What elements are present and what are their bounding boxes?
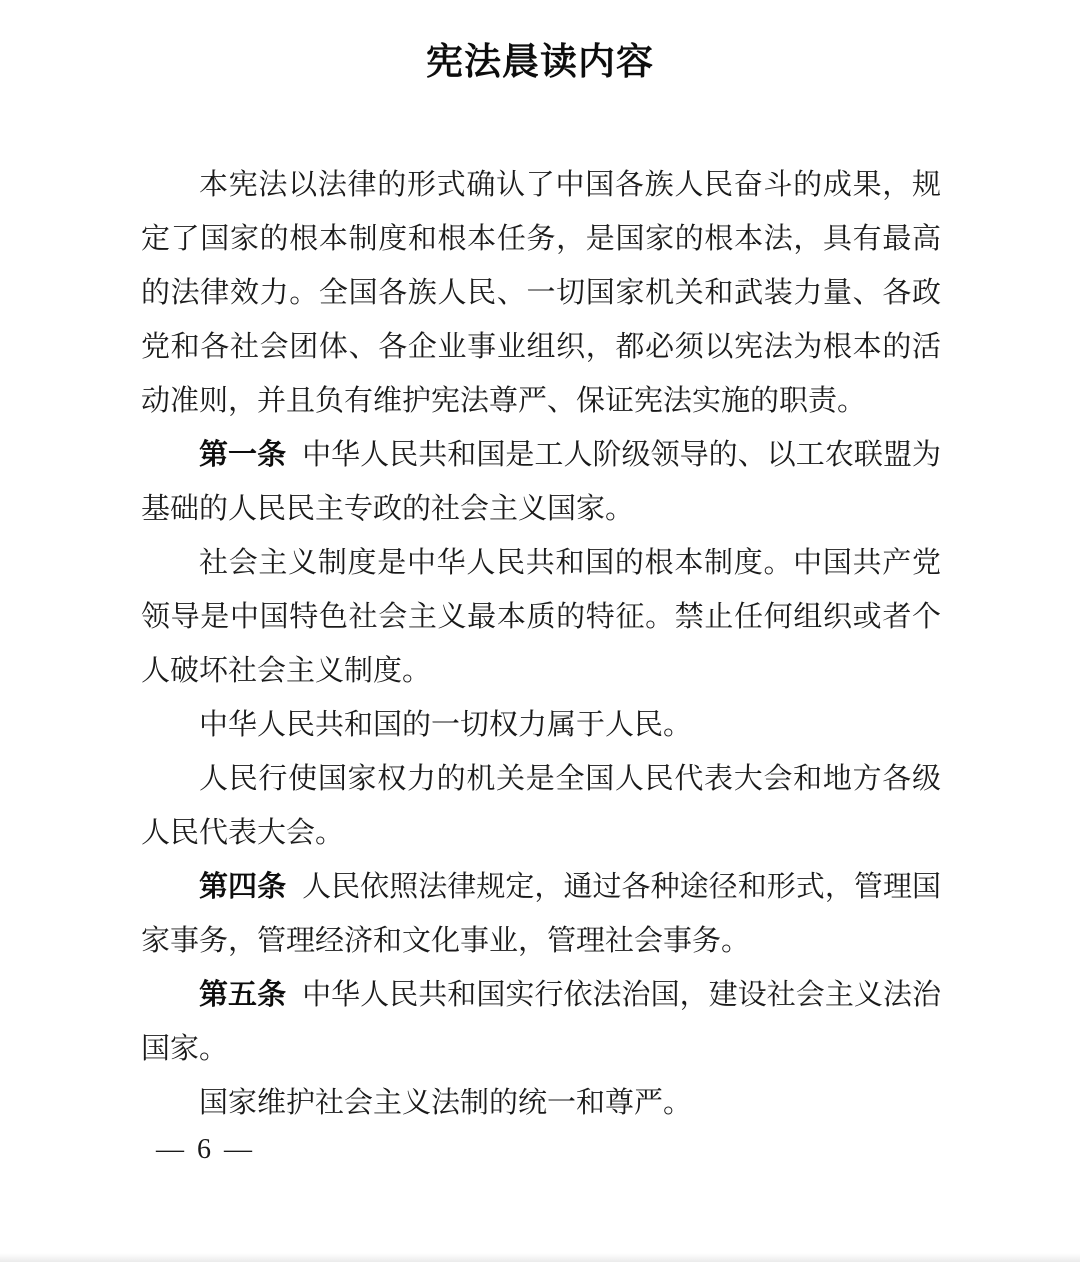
paragraph-socialist-system: 社会主义制度是中华人民共和国的根本制度。中国共产党领导是中国特色社会主义最本质的… bbox=[141, 536, 941, 698]
paragraph-people-congress: 人民行使国家权力的机关是全国人民代表大会和地方各级人民代表大会。 bbox=[141, 752, 941, 860]
paragraph-article-5: 第五条中华人民共和国实行依法治国，建设社会主义法治国家。 bbox=[141, 968, 941, 1076]
article-number: 第五条 bbox=[199, 979, 286, 1011]
document-body: 本宪法以法律的形式确认了中国各族人民奋斗的成果，规定了国家的根本制度和根本任务，… bbox=[141, 158, 941, 1130]
paragraph-preamble: 本宪法以法律的形式确认了中国各族人民奋斗的成果，规定了国家的根本制度和根本任务，… bbox=[141, 158, 941, 428]
paragraph-legal-unity: 国家维护社会主义法制的统一和尊严。 bbox=[141, 1076, 941, 1130]
paragraph-text: 本宪法以法律的形式确认了中国各族人民奋斗的成果，规定了国家的根本制度和根本任务，… bbox=[141, 169, 941, 417]
paragraph-text: 国家维护社会主义法制的统一和尊严。 bbox=[199, 1087, 692, 1119]
document-page: 宪法晨读内容 本宪法以法律的形式确认了中国各族人民奋斗的成果，规定了国家的根本制… bbox=[0, 0, 1080, 1262]
paragraph-article-1: 第一条中华人民共和国是工人阶级领导的、以工农联盟为基础的人民民主专政的社会主义国… bbox=[141, 428, 941, 536]
paragraph-article-4: 第四条人民依照法律规定，通过各种途径和形式，管理国家事务，管理经济和文化事业，管… bbox=[141, 860, 941, 968]
article-number: 第四条 bbox=[199, 871, 286, 903]
paragraph-text: 社会主义制度是中华人民共和国的根本制度。中国共产党领导是中国特色社会主义最本质的… bbox=[141, 547, 941, 687]
scan-bottom-shadow bbox=[0, 1253, 1080, 1262]
paragraph-all-power: 中华人民共和国的一切权力属于人民。 bbox=[141, 698, 941, 752]
page-footer: — 6 — bbox=[156, 1130, 252, 1170]
footer-dash-right: — bbox=[224, 1130, 252, 1170]
footer-dash-left: — bbox=[156, 1130, 184, 1170]
paragraph-text: 中华人民共和国的一切权力属于人民。 bbox=[199, 709, 692, 741]
article-number: 第一条 bbox=[199, 439, 286, 471]
paragraph-text: 人民行使国家权力的机关是全国人民代表大会和地方各级人民代表大会。 bbox=[141, 763, 941, 849]
page-title: 宪法晨读内容 bbox=[0, 38, 1080, 88]
page-number: 6 bbox=[197, 1130, 211, 1170]
